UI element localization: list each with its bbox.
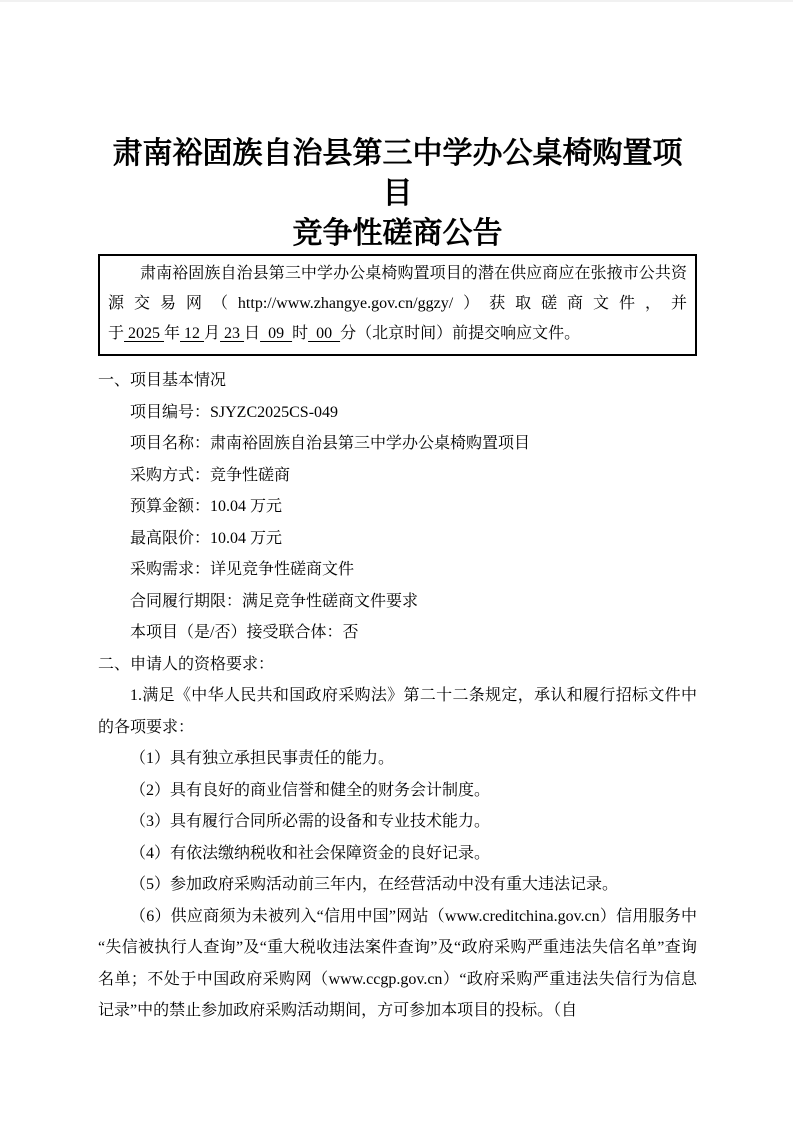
field-contract-period: 合同履行期限：满足竞争性磋商文件要求 [98, 586, 697, 618]
notice-text-tail: （北京时间）前提交响应文件。 [356, 325, 580, 342]
qualification-intro: 1.满足《中华人民共和国政府采购法》第二十二条规定，承认和履行招标文件中的各项要… [98, 680, 697, 743]
field-procurement-requirements: 采购需求：详见竞争性磋商文件 [98, 554, 697, 586]
field-project-number: 项目编号：SJYZC2025CS-049 [98, 397, 697, 429]
field-max-price: 最高限价：10.04 万元 [98, 523, 697, 555]
title-line-1: 肃南裕固族自治县第三中学办公桌椅购置项目 [98, 134, 697, 214]
field-budget-amount: 预算金额：10.04 万元 [98, 491, 697, 523]
qualification-item-4: （4）有依法缴纳税收和社会保障资金的良好记录。 [98, 838, 697, 870]
section-heading-qualification: 二、申请人的资格要求： [98, 649, 697, 681]
page-content: 肃南裕固族自治县第三中学办公桌椅购置项目 竞争性磋商公告 肃南裕固族自治县第三中… [0, 134, 793, 1027]
deadline-day: 23 [220, 325, 244, 342]
document-body: 一、项目基本情况 项目编号：SJYZC2025CS-049 项目名称：肃南裕固族… [98, 365, 697, 1027]
year-unit: 年 [164, 325, 180, 342]
qualification-item-6: （6）供应商须为未被列入“信用中国”网站（www.creditchina.gov… [98, 901, 697, 1027]
deadline-minute: 00 [308, 325, 340, 342]
month-unit: 月 [204, 325, 220, 342]
notice-paragraph: 肃南裕固族自治县第三中学办公桌椅购置项目的潜在供应商应在张掖市公共资源交易网（h… [108, 259, 687, 349]
qualification-item-1: （1）具有独立承担民事责任的能力。 [98, 743, 697, 775]
field-procurement-method: 采购方式：竞争性磋商 [98, 460, 697, 492]
deadline-hour: 09 [260, 325, 292, 342]
hour-unit: 时 [292, 325, 308, 342]
section-heading-basic: 一、项目基本情况 [98, 365, 697, 397]
field-consortium: 本项目（是/否）接受联合体：否 [98, 617, 697, 649]
deadline-year: 2025 [124, 325, 164, 342]
day-unit: 日 [244, 325, 260, 342]
page-top-edge [0, 0, 793, 2]
qualification-item-3: （3）具有履行合同所必需的设备和专业技术能力。 [98, 806, 697, 838]
field-project-name: 项目名称：肃南裕固族自治县第三中学办公桌椅购置项目 [98, 428, 697, 460]
minute-unit: 分 [340, 325, 356, 342]
deadline-month: 12 [180, 325, 204, 342]
notice-box: 肃南裕固族自治县第三中学办公桌椅购置项目的潜在供应商应在张掖市公共资源交易网（h… [98, 254, 697, 356]
document-page: { "title": { "line1": "肃南裕固族自治县第三中学办公桌椅购… [0, 0, 793, 1122]
qualification-item-5: （5）参加政府采购活动前三年内，在经营活动中没有重大违法记录。 [98, 869, 697, 901]
title-line-2: 竞争性磋商公告 [98, 214, 697, 254]
qualification-item-2: （2）具有良好的商业信誉和健全的财务会计制度。 [98, 775, 697, 807]
document-title: 肃南裕固族自治县第三中学办公桌椅购置项目 竞争性磋商公告 [98, 134, 697, 254]
